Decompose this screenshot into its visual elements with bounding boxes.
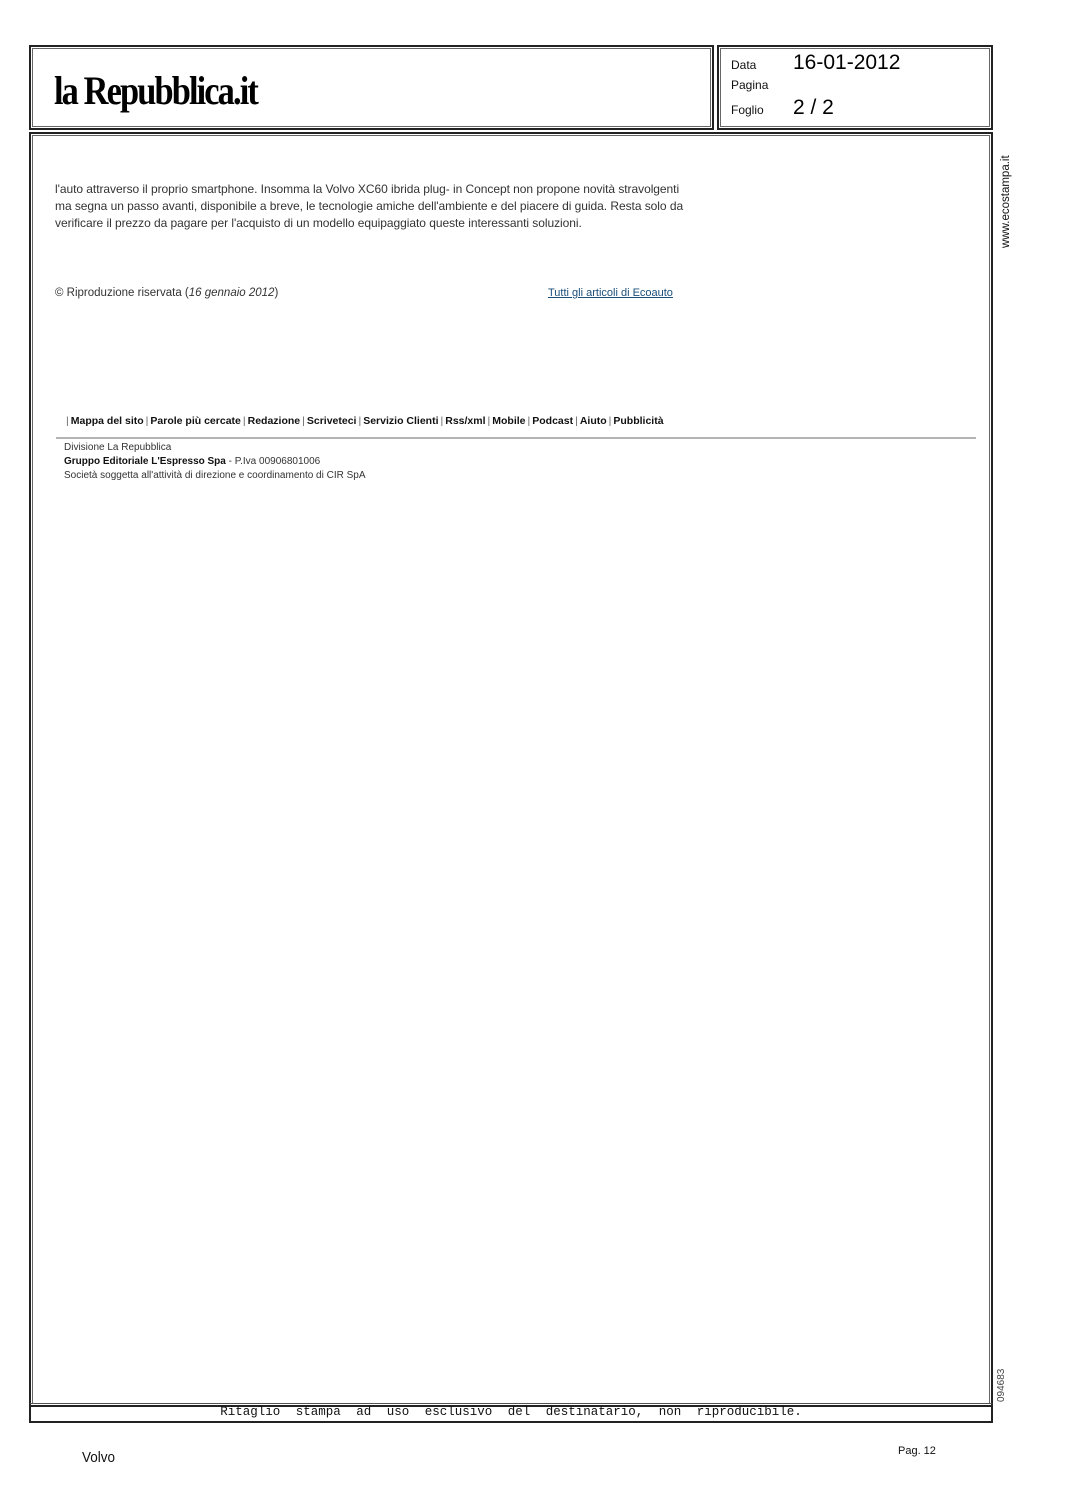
foglio-label: Foglio [731, 103, 793, 117]
clipping-content-box: l'auto attraverso il proprio smartphone.… [29, 132, 993, 1407]
clipping-code: 094683 [996, 1369, 1007, 1402]
control-text: Società soggetta all'attività di direzio… [64, 469, 366, 483]
group-line: Gruppo Editoriale L'Espresso Spa - P.Iva… [64, 455, 366, 469]
clipping-meta-box: Data 16-01-2012 Pagina Foglio 2 / 2 [717, 45, 993, 130]
footer-nav-link[interactable]: Mobile [492, 415, 525, 427]
footer-nav-link[interactable]: Servizio Clienti [363, 415, 438, 427]
footer-nav-link[interactable]: Pubblicità [613, 415, 663, 427]
footer-nav-link[interactable]: Rss/xml [445, 415, 485, 427]
copyright-date: 16 gennaio 2012 [189, 287, 275, 299]
footer-nav-link[interactable]: Redazione [248, 415, 301, 427]
vat-number: - P.Iva 00906801006 [226, 456, 320, 467]
masthead-box: la Repubblica.it [29, 45, 714, 130]
company-info: Divisione La Repubblica Gruppo Editorial… [64, 441, 366, 483]
nav-separator: | [64, 415, 71, 427]
copyright-suffix: ) [274, 287, 278, 299]
nav-separator: | [573, 415, 580, 427]
division-text: Divisione La Repubblica [64, 441, 366, 455]
nav-separator: | [300, 415, 307, 427]
repubblica-logo: la Repubblica.it [54, 71, 257, 111]
meta-row-pagina: Pagina [731, 78, 793, 92]
meta-row-foglio: Foglio 2 / 2 [731, 96, 834, 120]
clipping-notice: Ritaglio stampa ad uso esclusivo del des… [29, 1405, 993, 1419]
data-label: Data [731, 58, 793, 72]
footer-nav-link[interactable]: Mappa del sito [71, 415, 144, 427]
footer-nav-link[interactable]: Scriveteci [307, 415, 357, 427]
clipping-subject: Volvo [82, 1449, 115, 1466]
footer-nav-link[interactable]: Aiuto [580, 415, 607, 427]
page-number: Pag. 12 [898, 1445, 936, 1457]
group-name: Gruppo Editoriale L'Espresso Spa [64, 456, 226, 467]
article-body: l'auto attraverso il proprio smartphone.… [55, 181, 695, 232]
nav-separator: | [241, 415, 248, 427]
meta-row-data: Data 16-01-2012 [731, 51, 900, 75]
footer-nav-link[interactable]: Parole più cercate [150, 415, 240, 427]
site-footer-nav: |Mappa del sito|Parole più cercate|Redaz… [64, 415, 664, 427]
footer-nav-link[interactable]: Podcast [532, 415, 573, 427]
pagina-label: Pagina [731, 78, 793, 92]
foglio-value: 2 / 2 [793, 96, 834, 120]
footer-divider [56, 437, 976, 439]
copyright-prefix: © Riproduzione riservata ( [55, 287, 189, 299]
all-ecoauto-articles-link[interactable]: Tutti gli articoli di Ecoauto [548, 287, 673, 299]
ecostampa-url: www.ecostampa.it [1000, 155, 1012, 248]
data-value: 16-01-2012 [793, 51, 900, 75]
